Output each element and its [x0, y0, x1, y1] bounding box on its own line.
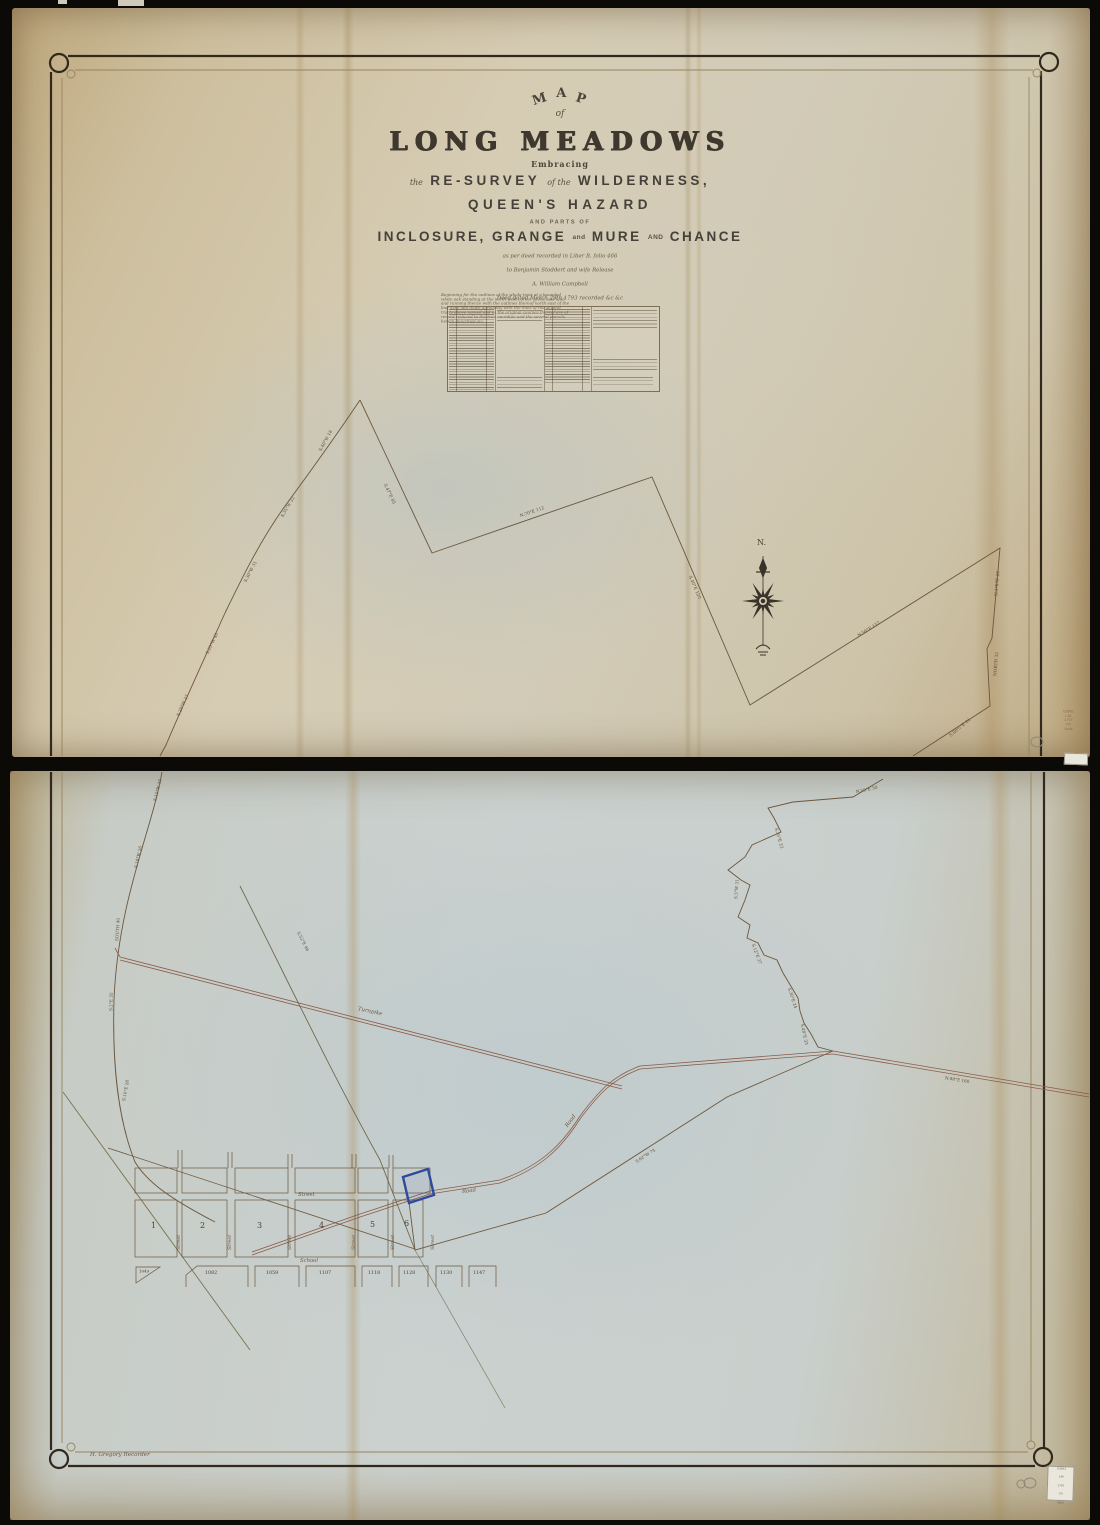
surveyor-signature: H. Gregory Recorder [90, 1451, 150, 1457]
street-name-label: Street [176, 1235, 181, 1250]
mure-text: MURE [592, 229, 642, 244]
courses-table [447, 306, 660, 392]
deed-script-line: A. William Campbell [425, 280, 695, 288]
margin-band [1048, 8, 1090, 757]
fold-streak [345, 771, 361, 1520]
title-inclosure-line: INCLOSURE, GRANGE and MURE AND CHANCE [335, 229, 785, 244]
street-name-label: Street [430, 1235, 435, 1250]
street-name-label: Street [298, 1192, 315, 1198]
table-rule [495, 307, 496, 391]
backdrop-speck [58, 0, 67, 4]
title-embracing: Embracing [335, 159, 785, 169]
fold-streak [974, 8, 1010, 757]
fold-streak [295, 8, 305, 757]
map-letter: P [574, 90, 590, 108]
deed-script-line: to Benjamin Stoddert and wife Release [425, 266, 695, 274]
lot-number: 1059 [266, 1270, 278, 1275]
table-notes [497, 310, 542, 322]
map-letter: M [530, 90, 550, 109]
stamp-line: Vault [1056, 727, 1081, 731]
map-arc-title: M A P [335, 88, 785, 103]
small-word: AND [648, 234, 664, 241]
block-number: 6 [404, 1219, 409, 1228]
map-letter: A [556, 86, 568, 101]
lot-number: 1082 [205, 1270, 217, 1275]
title-of: of [335, 109, 785, 119]
table-notes [497, 377, 542, 388]
table-notes [593, 310, 657, 329]
small-word: and [573, 234, 586, 241]
block-number: 1 [151, 1221, 156, 1230]
fold-streak [988, 771, 1012, 1520]
street-name-label: Street [390, 1235, 395, 1250]
chance-text: CHANCE [670, 229, 743, 244]
title-survey-line: the RE-SURVEY of the WILDERNESS, [335, 173, 785, 188]
table-rule [591, 307, 592, 391]
block-number: 5 [370, 1220, 375, 1229]
title-block: M A P of LONG MEADOWS Embracing the RE-S… [335, 88, 785, 308]
small-word: of the [547, 178, 570, 187]
margin-band [10, 1460, 1090, 1520]
title-queens-hazard: QUEEN'S HAZARD [335, 197, 785, 212]
lot-number: 1128 [403, 1270, 415, 1275]
deed-script-line: as per deed recorded in Liber B. folio 4… [425, 252, 695, 260]
table-course-entries [449, 309, 494, 390]
lot-number: 1147 [473, 1270, 485, 1275]
block-number: 2 [200, 1221, 205, 1230]
compass-north-label: N. [757, 538, 766, 547]
sticker-line: L46 [1048, 1475, 1074, 1480]
margin-band [1048, 771, 1090, 1520]
inclosure-text: INCLOSURE, GRANGE [378, 229, 567, 244]
catalog-sticker: G3861 L46 1797 .F6 Vault [1046, 1466, 1074, 1502]
lot-number: 1049 [139, 1269, 149, 1274]
table-notes [593, 359, 657, 370]
street-name-label: Street [227, 1235, 232, 1250]
small-word: the [410, 178, 423, 187]
table-notes [593, 377, 653, 385]
sticker-line: Vault [1047, 1500, 1073, 1505]
catalog-sticker [1064, 753, 1088, 766]
street-name-label: Street [351, 1235, 356, 1250]
lot-number: 1130 [440, 1270, 452, 1275]
block-number: 4 [319, 1221, 324, 1230]
margin-band [10, 771, 58, 1520]
sticker-line: G3861 [1048, 1467, 1074, 1472]
block-number: 3 [257, 1221, 262, 1230]
sticker-line: .F6 [1048, 1492, 1074, 1497]
street-name-label: School [300, 1258, 318, 1264]
title-and-parts-of: AND PARTS OF [380, 220, 740, 226]
street-name-label: Street [287, 1235, 292, 1250]
wilderness-text: WILDERNESS, [578, 173, 710, 188]
bottom-map-sheet [10, 771, 1090, 1520]
resurvey-text: RE-SURVEY [430, 173, 540, 188]
scanned-map-page: { "title_block": { "map_letters": ["M","… [0, 0, 1100, 1525]
sticker-line: 1797 [1048, 1483, 1074, 1488]
table-course-entries [545, 309, 590, 383]
bearing-label: S.2°E 35 [109, 992, 114, 1011]
lot-number: 1118 [368, 1270, 380, 1275]
lot-number: 1107 [319, 1270, 331, 1275]
catalog-stamp: G3861 L46 1797 F6 Vault [1056, 710, 1081, 732]
backdrop-speck [118, 0, 144, 6]
map-main-title: LONG MEADOWS [335, 127, 785, 157]
